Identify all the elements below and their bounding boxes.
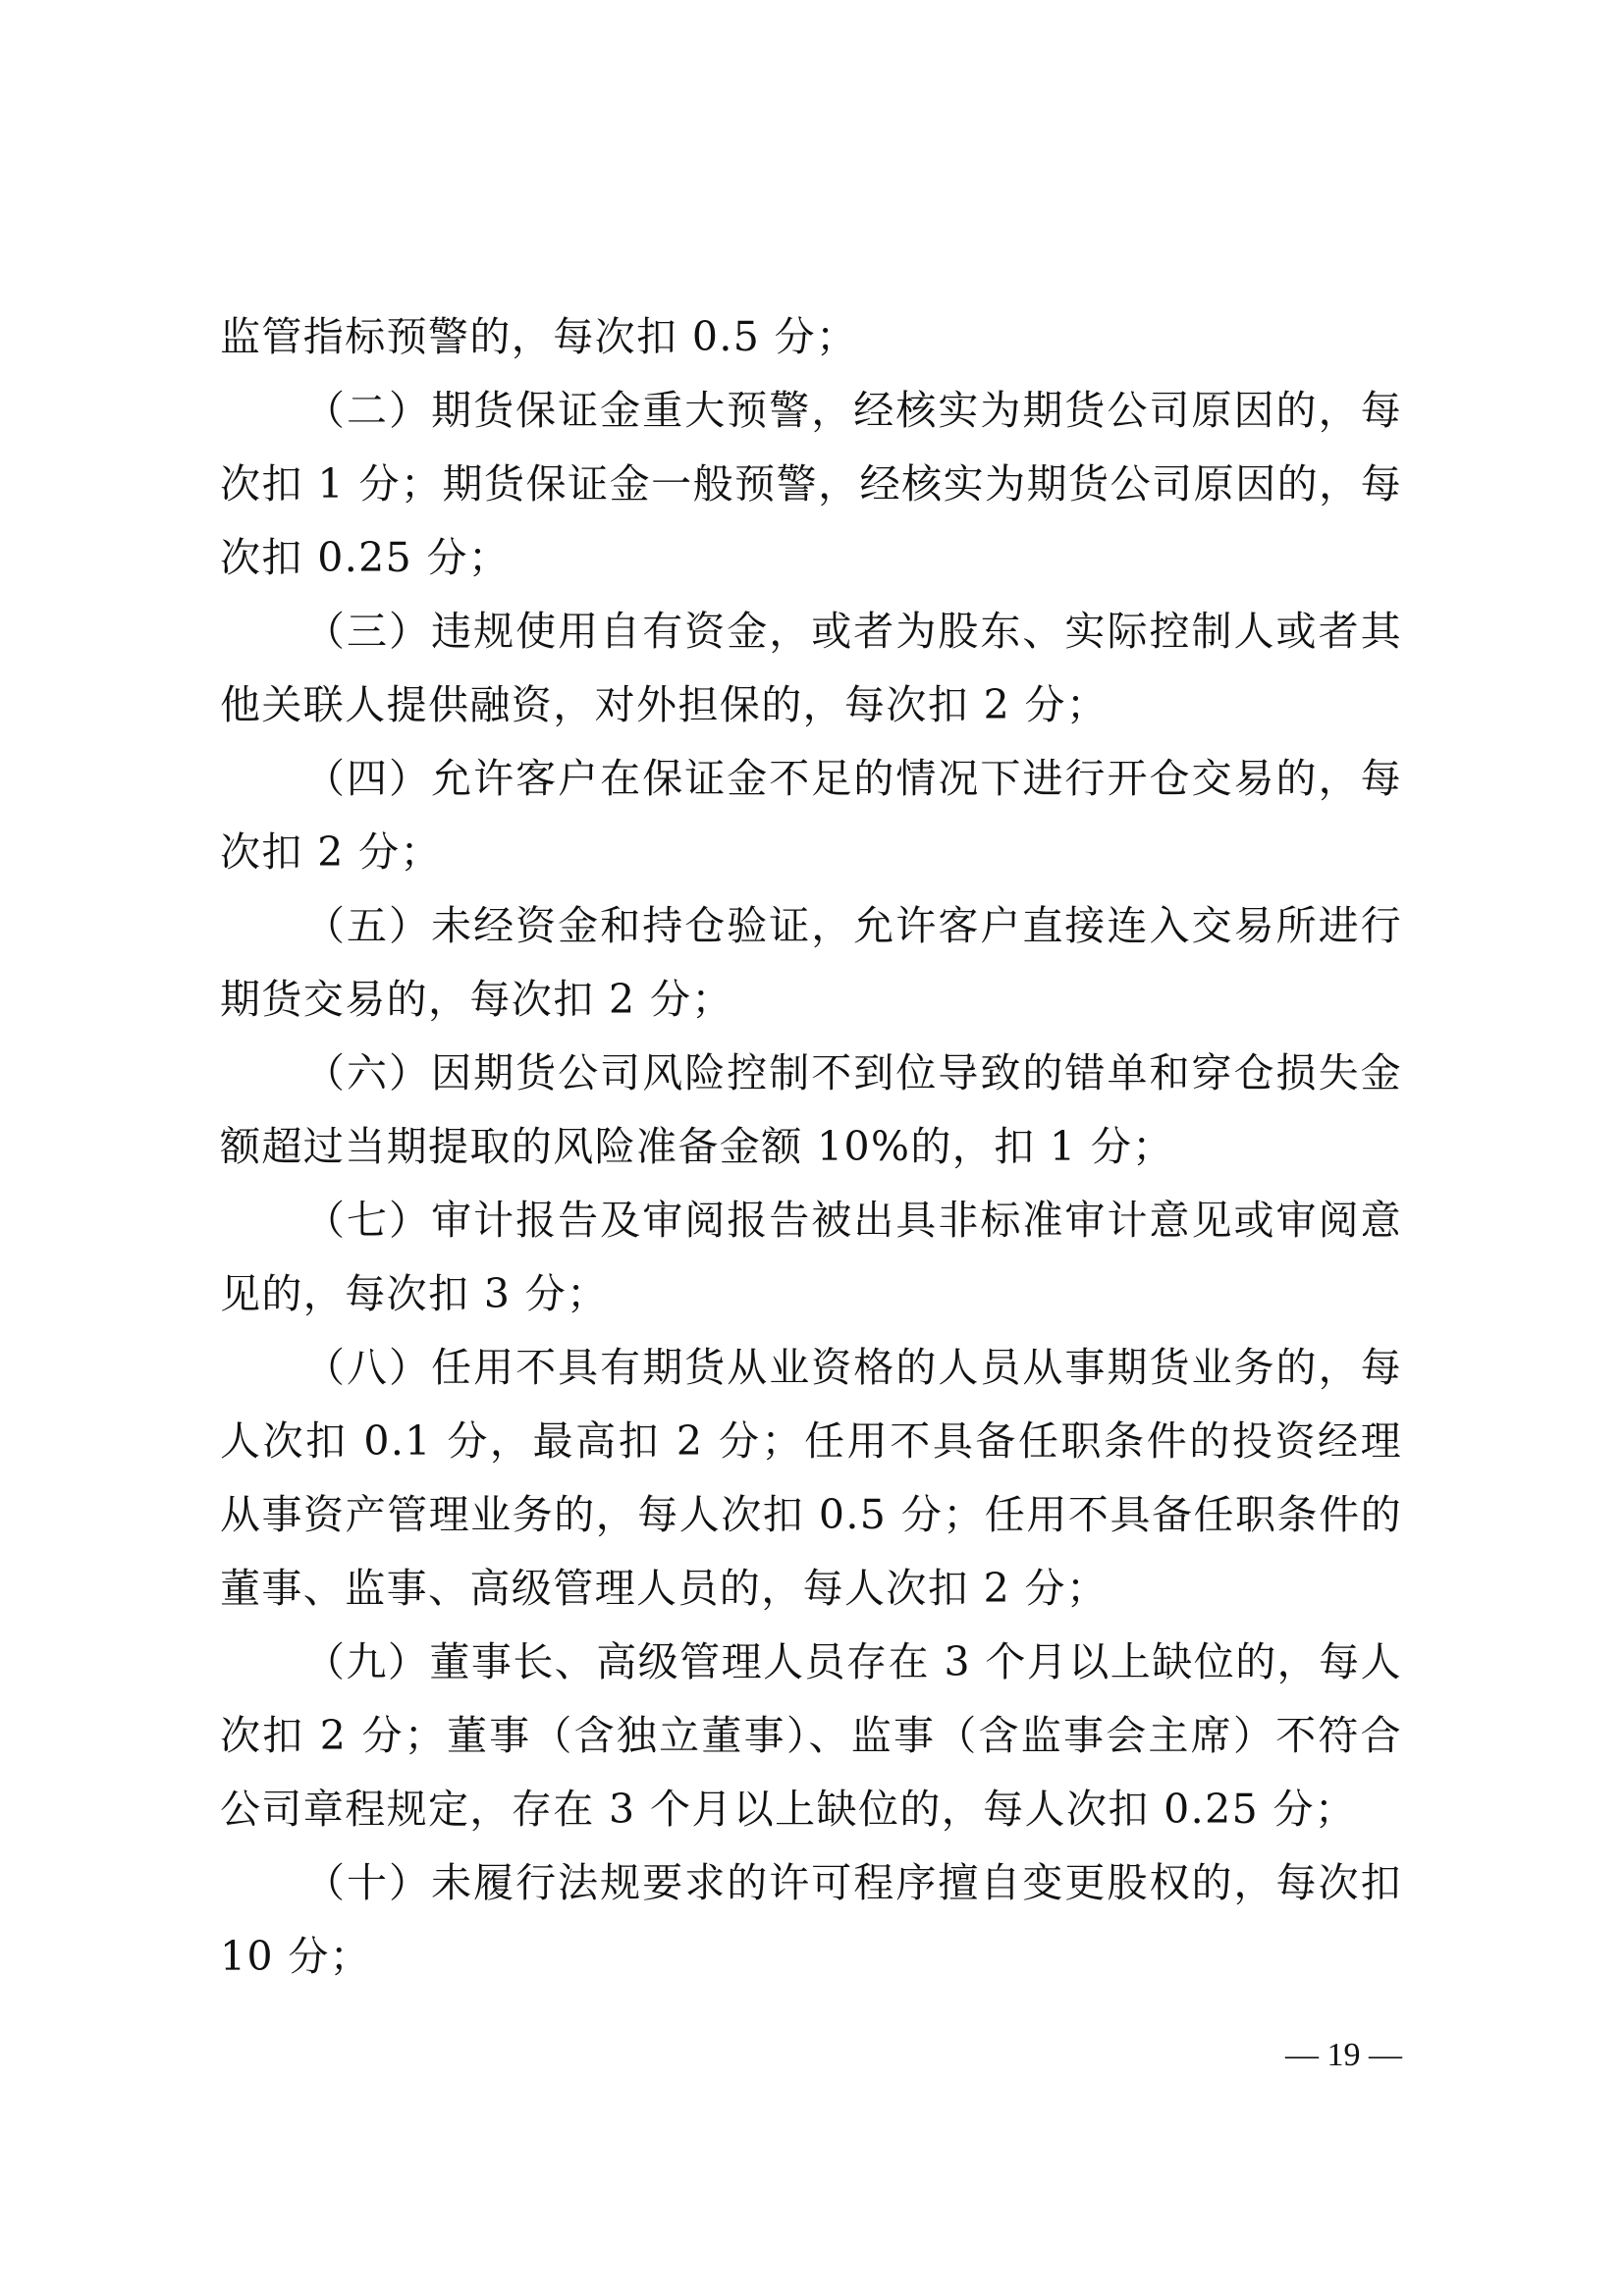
paragraph-item-8: （八）任用不具有期货从业资格的人员从事期货业务的，每人次扣 0.1 分，最高扣 … — [220, 1331, 1402, 1626]
paragraph-item-4: （四）允许客户在保证金不足的情况下进行开仓交易的，每次扣 2 分； — [220, 742, 1402, 889]
document-body: 监管指标预警的，每次扣 0.5 分； （二）期货保证金重大预警，经核实为期货公司… — [220, 300, 1402, 1994]
paragraph-item-10: （十）未履行法规要求的许可程序擅自变更股权的，每次扣 10 分； — [220, 1846, 1402, 1994]
paragraph-item-6: （六）因期货公司风险控制不到位导致的错单和穿仓损失金额超过当期提取的风险准备金额… — [220, 1037, 1402, 1184]
document-page: 监管指标预警的，每次扣 0.5 分； （二）期货保证金重大预警，经核实为期货公司… — [0, 0, 1624, 2296]
paragraph-item-2: （二）期货保证金重大预警，经核实为期货公司原因的，每次扣 1 分；期货保证金一般… — [220, 374, 1402, 595]
paragraph-item-7: （七）审计报告及审阅报告被出具非标准审计意见或审阅意见的，每次扣 3 分； — [220, 1184, 1402, 1331]
paragraph-continued: 监管指标预警的，每次扣 0.5 分； — [220, 300, 1402, 374]
page-number: — 19 — — [1272, 2034, 1415, 2077]
paragraph-item-3: （三）违规使用自有资金，或者为股东、实际控制人或者其他关联人提供融资，对外担保的… — [220, 595, 1402, 742]
paragraph-item-9: （九）董事长、高级管理人员存在 3 个月以上缺位的，每人次扣 2 分；董事（含独… — [220, 1626, 1402, 1846]
paragraph-item-5: （五）未经资金和持仓验证，允许客户直接连入交易所进行期货交易的，每次扣 2 分； — [220, 889, 1402, 1037]
